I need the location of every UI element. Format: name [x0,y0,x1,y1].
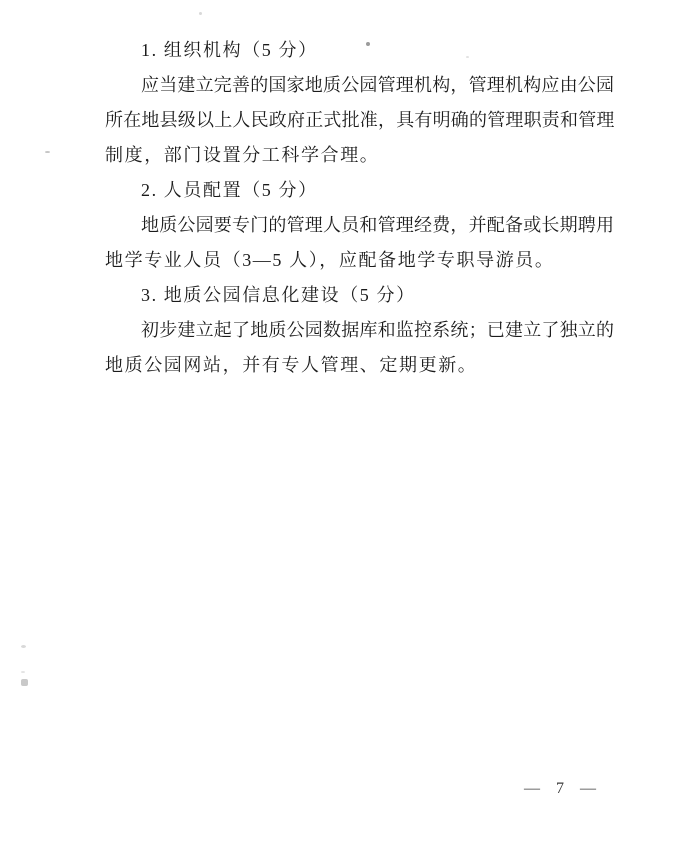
section-3-paragraph-line: 初步建立起了地质公园数据库和监控系统；已建立了独立的 [105,313,615,348]
section-2-heading: 2. 人员配置（5 分） [105,173,615,208]
section-3-paragraph-line: 地质公园网站，并有专人管理、定期更新。 [105,348,615,383]
section-3-heading: 3. 地质公园信息化建设（5 分） [105,278,615,313]
section-1-paragraph-line: 应当建立完善的国家地质公园管理机构，管理机构应由公园 [105,68,615,103]
section-2-paragraph-line: 地质公园要专门的管理人员和管理经费，并配备或长期聘用 [105,208,615,243]
section-1-paragraph-line: 制度，部门设置分工科学合理。 [105,138,615,173]
text-block: 1. 组织机构（5 分） 应当建立完善的国家地质公园管理机构，管理机构应由公园 … [105,33,615,383]
scan-speck [21,679,28,686]
section-1-paragraph-line: 所在地县级以上人民政府正式批准，具有明确的管理职责和管理 [105,103,615,138]
scan-speck [199,12,202,15]
page-number: — 7 — [524,780,598,798]
section-2-paragraph-line: 地学专业人员（3—5 人），应配备地学专职导游员。 [105,243,615,278]
scan-speck [45,151,50,153]
document-page: 1. 组织机构（5 分） 应当建立完善的国家地质公园管理机构，管理机构应由公园 … [0,0,683,848]
section-1-heading: 1. 组织机构（5 分） [105,33,615,68]
scan-speck [466,56,469,58]
scan-speck [21,645,26,648]
scan-speck [21,671,25,673]
scan-speck [366,42,370,46]
